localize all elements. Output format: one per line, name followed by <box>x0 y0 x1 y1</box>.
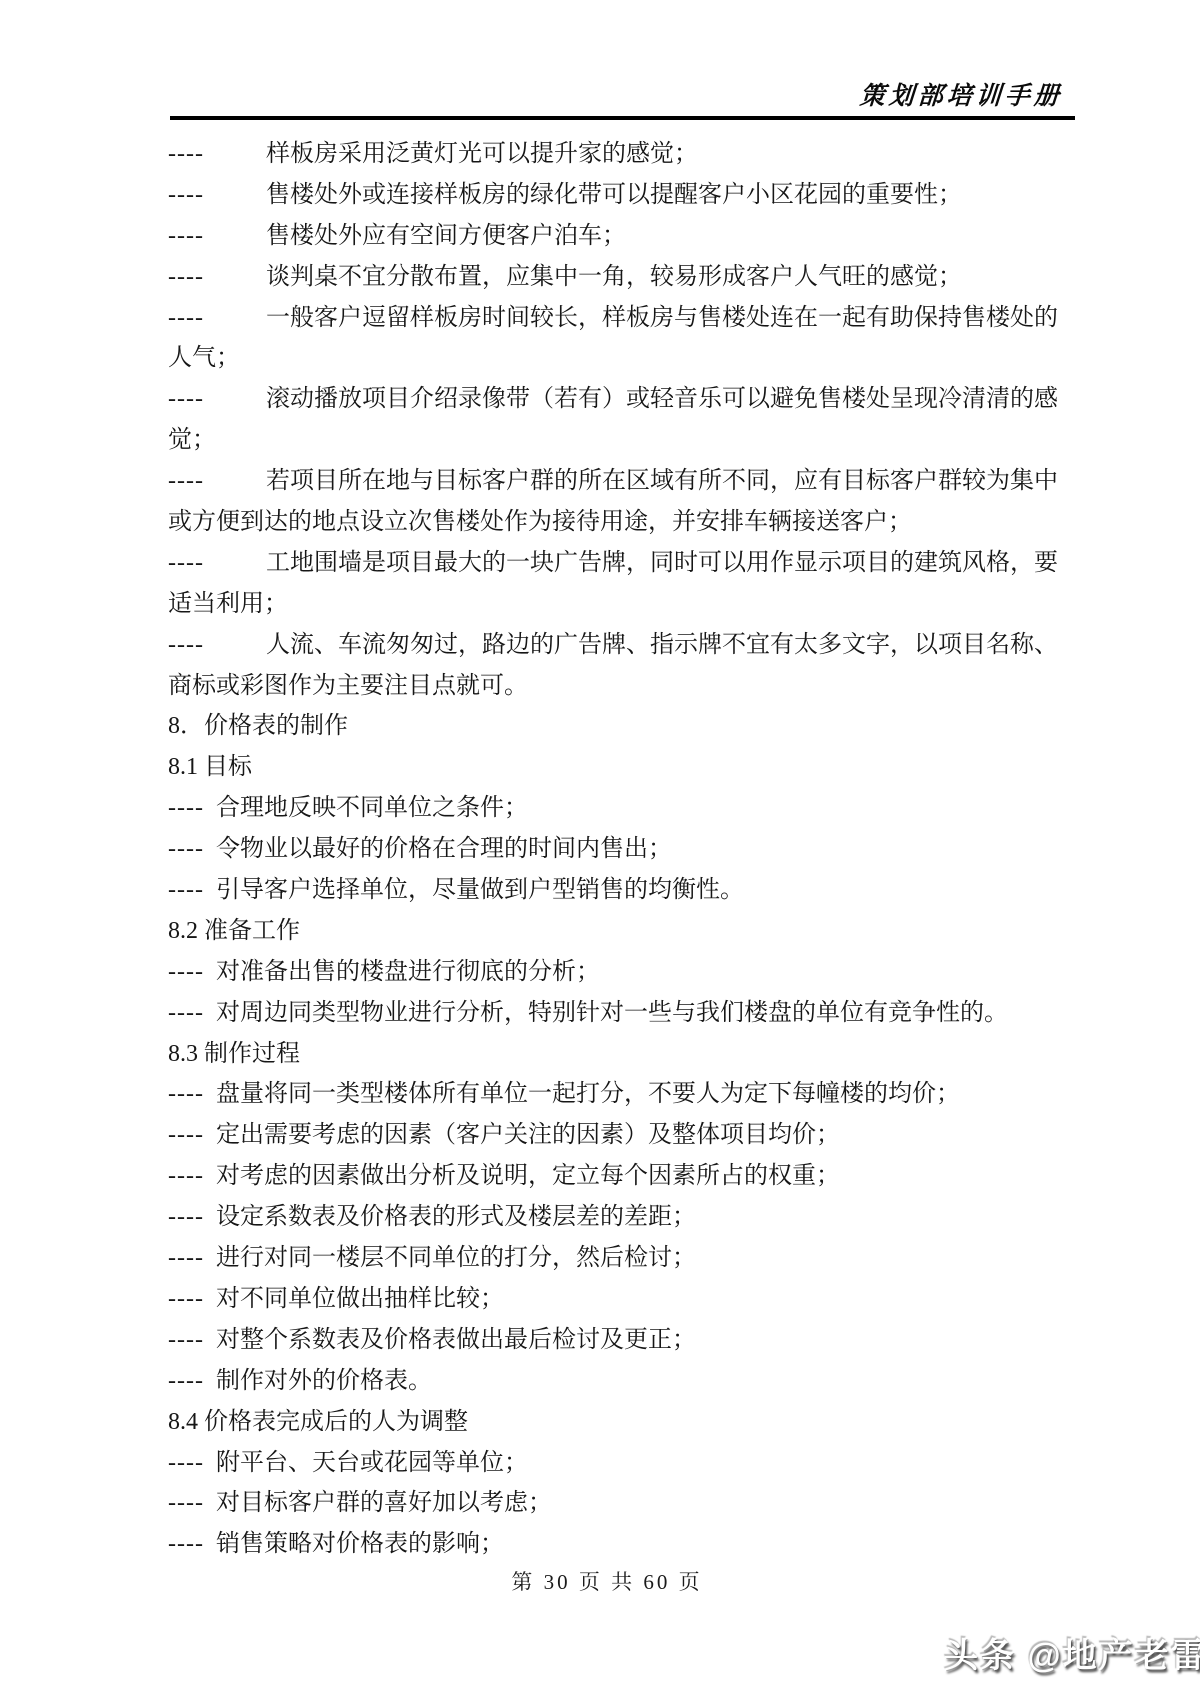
text-line: ----滚动播放项目介绍录像带（若有）或轻音乐可以避免售楼处呈现冷清清的感 <box>168 379 1046 420</box>
tab-space <box>216 405 266 406</box>
text-line: 商标或彩图作为主要注目点就可。 <box>168 666 1046 707</box>
line-text: 商标或彩图作为主要注目点就可。 <box>168 673 528 699</box>
header-rule <box>170 116 1075 120</box>
text-line: ----若项目所在地与目标客户群的所在区域有所不同，应有目标客户群较为集中 <box>168 461 1046 502</box>
tab-space <box>216 569 266 570</box>
dash-marker: ---- <box>168 379 216 420</box>
line-text: 8.4 价格表完成后的人为调整 <box>168 1409 468 1435</box>
document-page: 策划部培训手册 ----样板房采用泛黄灯光可以提升家的感觉；----售楼处外或连… <box>0 0 1200 1697</box>
dash-marker: ---- <box>168 134 216 175</box>
text-line: ----谈判桌不宜分散布置，应集中一角，较易形成客户人气旺的感觉； <box>168 257 1046 298</box>
text-line: ----进行对同一楼层不同单位的打分，然后检讨； <box>168 1238 1046 1279</box>
dash-marker: ---- <box>168 1483 216 1524</box>
section-heading: 8．价格表的制作 <box>168 706 1046 747</box>
line-text: 销售策略对价格表的影响； <box>216 1531 504 1557</box>
line-text: 8.2 准备工作 <box>168 918 300 944</box>
line-text: 滚动播放项目介绍录像带（若有）或轻音乐可以避免售楼处呈现冷清清的感 <box>266 386 1058 412</box>
line-text: 8．价格表的制作 <box>168 713 348 739</box>
line-text: 工地围墙是项目最大的一块广告牌，同时可以用作显示项目的建筑风格，要 <box>266 550 1058 576</box>
tab-space <box>216 651 266 652</box>
line-text: 或方便到达的地点设立次售楼处作为接待用途，并安排车辆接送客户； <box>168 509 912 535</box>
text-line: ----附平台、天台或花园等单位； <box>168 1443 1046 1484</box>
tab-space <box>216 201 266 202</box>
text-line: ----工地围墙是项目最大的一块广告牌，同时可以用作显示项目的建筑风格，要 <box>168 543 1046 584</box>
tab-space <box>216 283 266 284</box>
page-number-footer: 第 30 页 共 60 页 <box>168 1566 1046 1596</box>
line-text: 若项目所在地与目标客户群的所在区域有所不同，应有目标客户群较为集中 <box>266 468 1058 494</box>
text-line: ----人流、车流匆匆过，路边的广告牌、指示牌不宜有太多文字，以项目名称、 <box>168 625 1046 666</box>
text-line: ----定出需要考虑的因素（客户关注的因素）及整体项目均价； <box>168 1115 1046 1156</box>
text-line: ----设定系数表及价格表的形式及楼层差的差距； <box>168 1197 1046 1238</box>
text-line: ----合理地反映不同单位之条件； <box>168 788 1046 829</box>
line-text: 人气； <box>168 345 240 371</box>
text-line: ----对不同单位做出抽样比较； <box>168 1279 1046 1320</box>
dash-marker: ---- <box>168 1238 216 1279</box>
line-text: 制作对外的价格表。 <box>216 1368 432 1394</box>
text-line: 觉； <box>168 420 1046 461</box>
tab-space <box>216 160 266 161</box>
section-heading: 8.3 制作过程 <box>168 1034 1046 1075</box>
line-text: 一般客户逗留样板房时间较长，样板房与售楼处连在一起有助保持售楼处的 <box>266 305 1058 331</box>
text-line: ----对目标客户群的喜好加以考虑； <box>168 1483 1046 1524</box>
dash-marker: ---- <box>168 175 216 216</box>
text-line: ----对准备出售的楼盘进行彻底的分析； <box>168 952 1046 993</box>
watermark: 头条 @地产老雷 <box>944 1628 1200 1677</box>
dash-marker: ---- <box>168 543 216 584</box>
tab-space <box>216 324 266 325</box>
text-line: ----引导客户选择单位，尽量做到户型销售的均衡性。 <box>168 870 1046 911</box>
section-heading: 8.2 准备工作 <box>168 911 1046 952</box>
tab-space <box>216 242 266 243</box>
line-text: 对准备出售的楼盘进行彻底的分析； <box>216 959 600 985</box>
text-line: ----一般客户逗留样板房时间较长，样板房与售楼处连在一起有助保持售楼处的 <box>168 298 1046 339</box>
line-text: 对整个系数表及价格表做出最后检讨及更正； <box>216 1327 696 1353</box>
dash-marker: ---- <box>168 952 216 993</box>
dash-marker: ---- <box>168 1443 216 1484</box>
dash-marker: ---- <box>168 1156 216 1197</box>
text-line: ----售楼处外或连接样板房的绿化带可以提醒客户小区花园的重要性； <box>168 175 1046 216</box>
line-text: 8.1 目标 <box>168 754 252 780</box>
line-text: 谈判桌不宜分散布置，应集中一角，较易形成客户人气旺的感觉； <box>266 264 962 290</box>
text-line: ----售楼处外应有空间方便客户泊车； <box>168 216 1046 257</box>
line-text: 8.3 制作过程 <box>168 1041 300 1067</box>
dash-marker: ---- <box>168 257 216 298</box>
dash-marker: ---- <box>168 1361 216 1402</box>
text-line: 或方便到达的地点设立次售楼处作为接待用途，并安排车辆接送客户； <box>168 502 1046 543</box>
line-text: 售楼处外或连接样板房的绿化带可以提醒客户小区花园的重要性； <box>266 182 962 208</box>
line-text: 适当利用； <box>168 591 288 617</box>
dash-marker: ---- <box>168 1197 216 1238</box>
dash-marker: ---- <box>168 625 216 666</box>
line-text: 设定系数表及价格表的形式及楼层差的差距； <box>216 1204 696 1230</box>
dash-marker: ---- <box>168 1115 216 1156</box>
dash-marker: ---- <box>168 1074 216 1115</box>
tab-space <box>216 487 266 488</box>
dash-marker: ---- <box>168 993 216 1034</box>
text-line: ----制作对外的价格表。 <box>168 1361 1046 1402</box>
body-text: ----样板房采用泛黄灯光可以提升家的感觉；----售楼处外或连接样板房的绿化带… <box>168 134 1046 1565</box>
line-text: 觉； <box>168 427 216 453</box>
text-line: ----令物业以最好的价格在合理的时间内售出； <box>168 829 1046 870</box>
text-line: 人气； <box>168 338 1046 379</box>
line-text: 引导客户选择单位，尽量做到户型销售的均衡性。 <box>216 877 744 903</box>
line-text: 样板房采用泛黄灯光可以提升家的感觉； <box>266 141 698 167</box>
dash-marker: ---- <box>168 298 216 339</box>
line-text: 售楼处外应有空间方便客户泊车； <box>266 223 626 249</box>
line-text: 对周边同类型物业进行分析，特别针对一些与我们楼盘的单位有竞争性的。 <box>216 1000 1008 1026</box>
dash-marker: ---- <box>168 829 216 870</box>
section-heading: 8.4 价格表完成后的人为调整 <box>168 1402 1046 1443</box>
line-text: 对目标客户群的喜好加以考虑； <box>216 1490 552 1516</box>
text-line: ----样板房采用泛黄灯光可以提升家的感觉； <box>168 134 1046 175</box>
line-text: 合理地反映不同单位之条件； <box>216 795 528 821</box>
text-line: ----对考虑的因素做出分析及说明，定立每个因素所占的权重； <box>168 1156 1046 1197</box>
dash-marker: ---- <box>168 788 216 829</box>
section-heading: 8.1 目标 <box>168 747 1046 788</box>
text-line: ----对周边同类型物业进行分析，特别针对一些与我们楼盘的单位有竞争性的。 <box>168 993 1046 1034</box>
dash-marker: ---- <box>168 1524 216 1565</box>
line-text: 人流、车流匆匆过，路边的广告牌、指示牌不宜有太多文字，以项目名称、 <box>266 632 1058 658</box>
dash-marker: ---- <box>168 216 216 257</box>
dash-marker: ---- <box>168 1279 216 1320</box>
text-line: ----销售策略对价格表的影响； <box>168 1524 1046 1565</box>
text-line: 适当利用； <box>168 584 1046 625</box>
line-text: 盘量将同一类型楼体所有单位一起打分，不要人为定下每幢楼的均价； <box>216 1081 960 1107</box>
text-line: ----盘量将同一类型楼体所有单位一起打分，不要人为定下每幢楼的均价； <box>168 1074 1046 1115</box>
line-text: 进行对同一楼层不同单位的打分，然后检讨； <box>216 1245 696 1271</box>
line-text: 令物业以最好的价格在合理的时间内售出； <box>216 836 672 862</box>
header-title: 策划部培训手册 <box>859 76 1065 112</box>
text-line: ----对整个系数表及价格表做出最后检讨及更正； <box>168 1320 1046 1361</box>
dash-marker: ---- <box>168 870 216 911</box>
line-text: 定出需要考虑的因素（客户关注的因素）及整体项目均价； <box>216 1122 840 1148</box>
dash-marker: ---- <box>168 1320 216 1361</box>
line-text: 对考虑的因素做出分析及说明，定立每个因素所占的权重； <box>216 1163 840 1189</box>
dash-marker: ---- <box>168 461 216 502</box>
line-text: 附平台、天台或花园等单位； <box>216 1450 528 1476</box>
line-text: 对不同单位做出抽样比较； <box>216 1286 504 1312</box>
